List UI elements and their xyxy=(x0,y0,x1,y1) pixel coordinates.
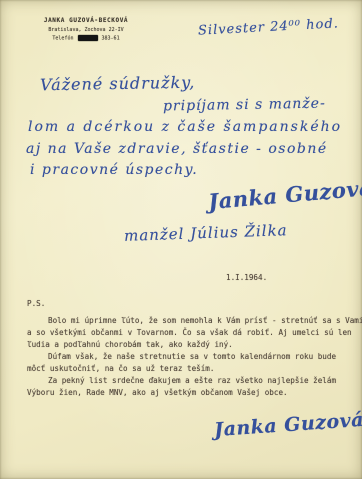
letterhead-phone-label: Telefón xyxy=(52,36,73,42)
postscript-label: P.S. xyxy=(27,298,359,310)
phone-redaction-mark xyxy=(78,35,98,41)
handwritten-body-line: pripíjam si s manže- xyxy=(163,96,326,115)
postscript-block: P.S. Bolo mi úprimne ľúto, že som nemohl… xyxy=(27,298,359,399)
scanned-letter-page: JANKA GUZOVÁ-BECKOVÁ Bratislava, Zochova… xyxy=(0,0,362,479)
postscript-line: a so všetkými občanmi v Tovarnom. Čo sa … xyxy=(27,327,359,339)
letterhead: JANKA GUZOVÁ-BECKOVÁ Bratislava, Zochova… xyxy=(26,17,146,42)
handwritten-date-note: Silvester 24⁰⁰ hod. xyxy=(198,16,340,38)
letterhead-name: JANKA GUZOVÁ-BECKOVÁ xyxy=(26,17,146,24)
handwritten-salutation: Vážené súdružky, xyxy=(40,73,196,95)
postscript-line: Bolo mi úprimne ľúto, že som nemohla k V… xyxy=(27,315,359,327)
signature-janka-guzova-bottom: Janka Guzová xyxy=(213,409,362,441)
handwritten-body-line: i pracovné úspechy. xyxy=(30,162,198,178)
postscript-line: Výboru žien, Rade MNV, ako aj všetkým ob… xyxy=(27,387,359,399)
letterhead-phone-number: 383-61 xyxy=(102,36,120,42)
postscript-line: Za pekný list srdečne ďakujem a ešte raz… xyxy=(27,375,359,387)
letterhead-address: Bratislava, Zochova 22-IV xyxy=(26,27,146,33)
postscript-line: ľudia a podľahnú chorobám tak, ako každý… xyxy=(27,339,359,351)
postscript-line: Dúfam však, že naše stretnutie sa v tomt… xyxy=(27,351,359,363)
signature-manzel-julius-zilka: manžel Július Žilka xyxy=(124,221,288,245)
handwritten-body-line: lom a dcérkou z čaše šampanského xyxy=(28,119,342,135)
handwritten-body-line: aj na Vaše zdravie, šťastie - osobné xyxy=(26,141,328,157)
typed-date: 1.I.1964. xyxy=(226,273,267,282)
letterhead-phone: Telefón 383-61 xyxy=(26,35,146,42)
signature-janka-guzova: Janka Guzová xyxy=(207,175,362,214)
postscript-line: môcť uskutočniť, na čo sa už teraz teším… xyxy=(27,363,359,375)
